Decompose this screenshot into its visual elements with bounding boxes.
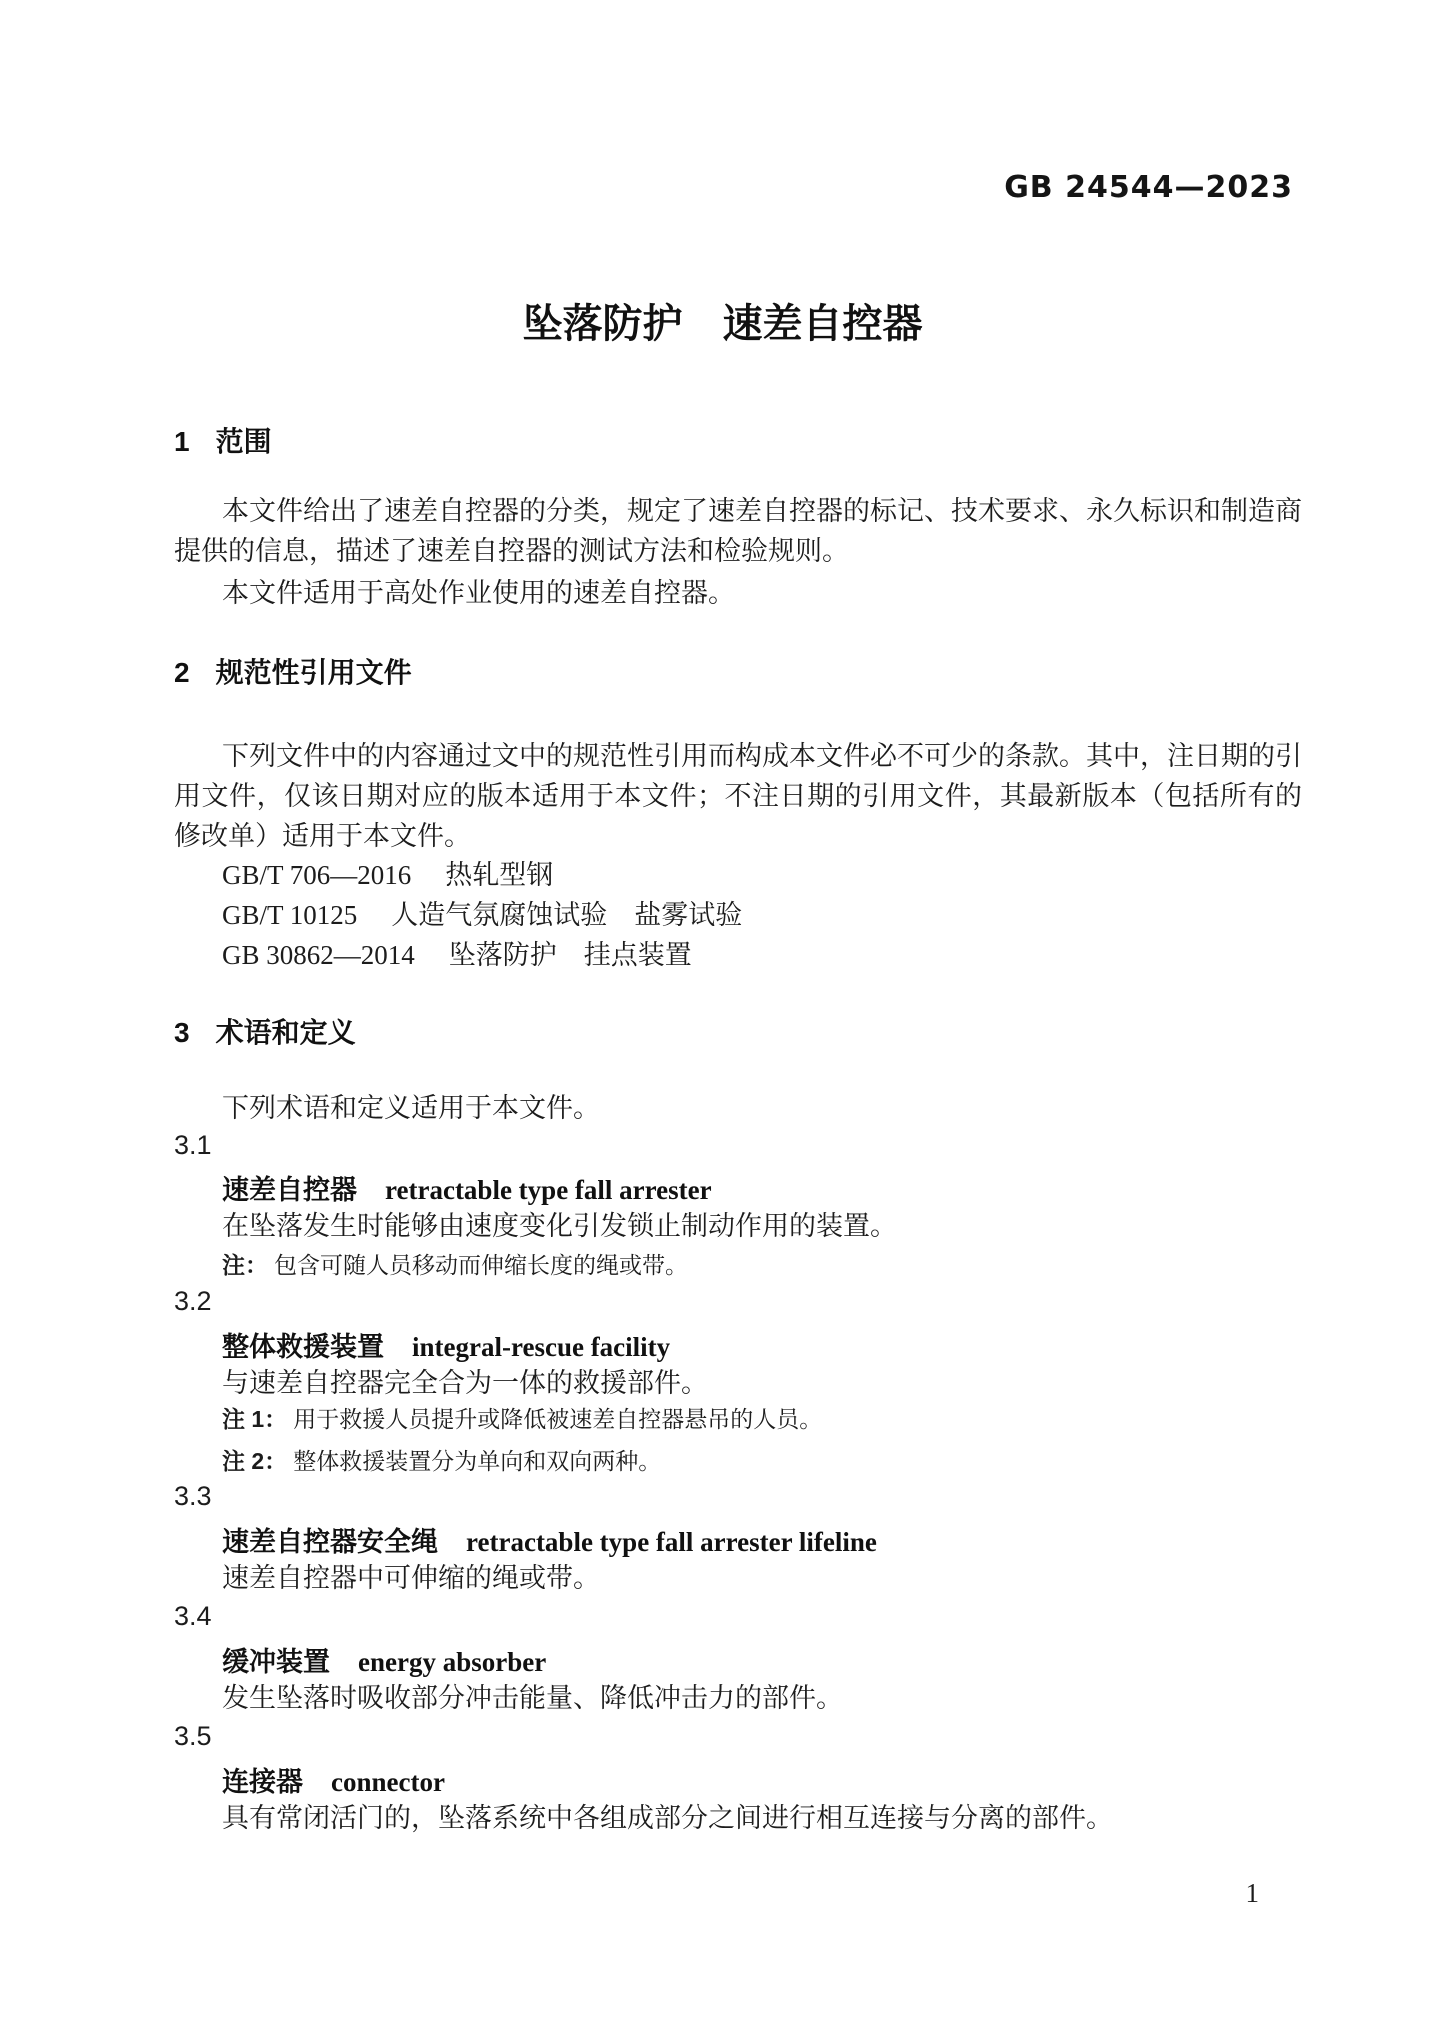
reference-item: GB/T 10125人造气氛腐蚀试验 盐雾试验 [222, 895, 742, 935]
reference-name: 坠落防护 挂点装置 [449, 940, 692, 970]
term-entry: 连接器connector [222, 1760, 445, 1799]
term-entry: 速差自控器安全绳retractable type fall arrester l… [222, 1520, 877, 1559]
section-1-title: 范围 [216, 426, 272, 457]
term-entry: 整体救援装置integral-rescue facility [222, 1325, 670, 1364]
section-1-paragraph-2: 本文件适用于高处作业使用的速差自控器。 [174, 573, 1302, 613]
term-number: 3.5 [174, 1721, 212, 1752]
section-2-title: 规范性引用文件 [216, 657, 412, 688]
term-entry: 速差自控器retractable type fall arrester [222, 1168, 712, 1207]
reference-code: GB/T 10125 [222, 895, 357, 935]
reference-item: GB 30862—2014坠落防护 挂点装置 [222, 935, 742, 975]
term-number: 3.2 [174, 1286, 212, 1317]
term-note: 注 2：整体救援装置分为单向和双向两种。 [222, 1446, 1302, 1477]
term-number: 3.4 [174, 1601, 212, 1632]
note-label: 注 1： [222, 1404, 287, 1434]
section-1-heading: 1范围 [174, 420, 272, 460]
term-definition: 与速差自控器完全合为一体的救援部件。 [222, 1363, 1302, 1403]
section-3-heading: 3术语和定义 [174, 1011, 356, 1051]
reference-name: 热轧型钢 [445, 860, 553, 890]
term-name-zh: 缓冲装置 [222, 1640, 330, 1679]
section-3-number: 3 [174, 1017, 190, 1049]
document-title: 坠落防护 速差自控器 [0, 292, 1445, 349]
section-3-intro: 下列术语和定义适用于本文件。 [174, 1088, 1302, 1128]
term-name-en: energy absorber [358, 1647, 546, 1677]
standard-document-page: GB 24544—2023 坠落防护 速差自控器 1范围 本文件给出了速差自控器… [0, 0, 1445, 2044]
term-entry: 缓冲装置energy absorber [222, 1640, 546, 1679]
page-number: 1 [1246, 1878, 1260, 1909]
note-label: 注： [222, 1250, 268, 1280]
reference-name: 人造气氛腐蚀试验 盐雾试验 [391, 900, 742, 930]
term-name-zh: 速差自控器安全绳 [222, 1520, 438, 1559]
term-number: 3.1 [174, 1130, 212, 1161]
note-text: 用于救援人员提升或降低被速差自控器悬吊的人员。 [293, 1407, 822, 1432]
section-2-number: 2 [174, 657, 190, 689]
reference-code: GB 30862—2014 [222, 935, 415, 975]
term-note: 注 1：用于救援人员提升或降低被速差自控器悬吊的人员。 [222, 1404, 1302, 1435]
term-definition: 在坠落发生时能够由速度变化引发锁止制动作用的装置。 [222, 1206, 1302, 1246]
section-2-heading: 2规范性引用文件 [174, 651, 412, 691]
term-definition: 具有常闭活门的，坠落系统中各组成部分之间进行相互连接与分离的部件。 [222, 1798, 1302, 1838]
section-3-title: 术语和定义 [216, 1017, 356, 1048]
standard-code: GB 24544—2023 [1004, 170, 1293, 205]
term-number: 3.3 [174, 1481, 212, 1512]
section-1-number: 1 [174, 426, 190, 458]
term-name-en: connector [331, 1767, 445, 1797]
note-label: 注 2： [222, 1446, 287, 1476]
term-name-zh: 连接器 [222, 1760, 303, 1799]
section-1-paragraph-1: 本文件给出了速差自控器的分类，规定了速差自控器的标记、技术要求、永久标识和制造商… [174, 491, 1302, 571]
reference-item: GB/T 706—2016热轧型钢 [222, 855, 742, 895]
term-name-zh: 速差自控器 [222, 1168, 357, 1207]
section-2-intro: 下列文件中的内容通过文中的规范性引用而构成本文件必不可少的条款。其中，注日期的引… [174, 736, 1302, 856]
term-definition: 发生坠落时吸收部分冲击能量、降低冲击力的部件。 [222, 1678, 1302, 1718]
note-text: 包含可随人员移动而伸缩长度的绳或带。 [274, 1253, 688, 1278]
reference-code: GB/T 706—2016 [222, 855, 411, 895]
term-note: 注：包含可随人员移动而伸缩长度的绳或带。 [222, 1250, 1302, 1281]
term-name-en: retractable type fall arrester [385, 1175, 712, 1205]
term-definition: 速差自控器中可伸缩的绳或带。 [222, 1558, 1302, 1598]
normative-references: GB/T 706—2016热轧型钢 GB/T 10125人造气氛腐蚀试验 盐雾试… [222, 855, 742, 975]
note-text: 整体救援装置分为单向和双向两种。 [293, 1449, 661, 1474]
term-name-en: retractable type fall arrester lifeline [466, 1527, 877, 1557]
term-name-en: integral-rescue facility [412, 1332, 670, 1362]
term-name-zh: 整体救援装置 [222, 1325, 384, 1364]
